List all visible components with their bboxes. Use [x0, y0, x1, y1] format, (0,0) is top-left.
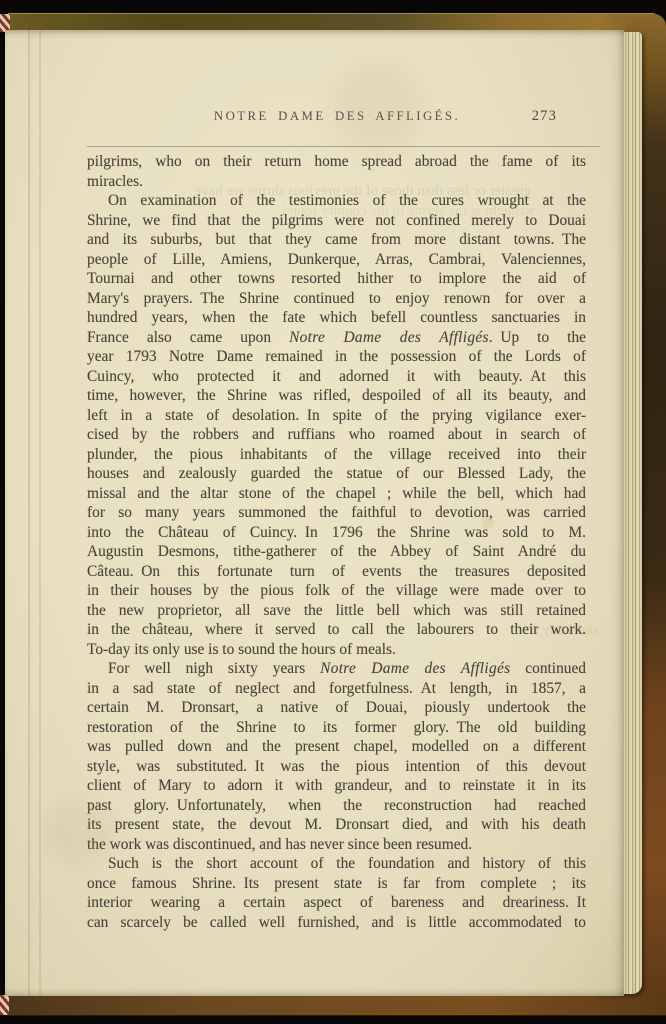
text-block: pilgrims, who on their return home sprea…	[87, 152, 586, 932]
page-number: 273	[532, 108, 557, 125]
book-photo: greater or less than those of the previo…	[0, 0, 666, 1024]
text-line: hundred years, when the fate which befel…	[87, 308, 586, 328]
running-header-title: NOTRE DAME DES AFFLIGÉS.	[87, 109, 587, 124]
text-line: Augustin Desmons, tithe-gatherer of the …	[87, 542, 586, 562]
text-line: can scarcely be called well furnished, a…	[87, 913, 586, 933]
text-line: miracles.	[87, 172, 586, 192]
text-line: past glory. Unfortunately, when the reco…	[87, 796, 586, 816]
book-page: greater or less than those of the previo…	[5, 30, 624, 996]
text-line: client of Mary to adorn it with grandeur…	[87, 776, 586, 796]
text-line: pilgrims, who on their return home sprea…	[87, 152, 586, 172]
text-line: For well nigh sixty years Notre Dame des…	[87, 659, 586, 679]
text-line: missal and the altar stone of the chapel…	[87, 484, 586, 504]
paragraph: Such is the short account of the foundat…	[87, 854, 586, 932]
text-line: left in a state of desolation. In spite …	[87, 406, 586, 426]
text-line: year 1793 Notre Dame remained in the pos…	[87, 347, 586, 367]
text-line: To-day its only use is to sound the hour…	[87, 640, 586, 660]
endband-bottom	[0, 995, 9, 1015]
text-line: plunder, the pious inhabitants of the vi…	[87, 445, 586, 465]
text-line: Mary's prayers. The Shrine continued to …	[87, 289, 586, 309]
text-line: its present state, the devout M. Dronsar…	[87, 815, 586, 835]
text-line: France also came upon Notre Dame des Aff…	[87, 328, 586, 348]
text-line: in their houses by the pious folk of the…	[87, 581, 586, 601]
text-line: and its suburbs, but that they came from…	[87, 230, 586, 250]
text-line: interior wearing a certain aspect of bar…	[87, 893, 586, 913]
running-header: NOTRE DAME DES AFFLIGÉS. 273	[87, 109, 587, 133]
text-line: once famous Shrine. Its present state is…	[87, 874, 586, 894]
header-rule	[87, 146, 600, 147]
text-line: Cuincy, who protected it and adorned it …	[87, 367, 586, 387]
text-line: the new proprietor, all save the little …	[87, 601, 586, 621]
text-line: for so many years summoned the faithful …	[87, 503, 586, 523]
text-line: people of Lille, Amiens, Dunkerque, Arra…	[87, 250, 586, 270]
paragraph: On examination of the testimonies of the…	[87, 191, 586, 659]
text-line: Shrine, we find that the pilgrims were n…	[87, 211, 586, 231]
paragraph: For well nigh sixty years Notre Dame des…	[87, 659, 586, 854]
text-line: cised by the robbers and ruffians who ro…	[87, 425, 586, 445]
text-line: was pulled down and the present chapel, …	[87, 737, 586, 757]
text-line: in the château, where it served to call …	[87, 620, 586, 640]
text-line: restoration of the Shrine to its former …	[87, 718, 586, 738]
text-line: Tournai and other towns resorted hither …	[87, 269, 586, 289]
text-line: Such is the short account of the foundat…	[87, 854, 586, 874]
text-line: houses and zealously guarded the statue …	[87, 464, 586, 484]
text-line: style, was substituted. It was the pious…	[87, 757, 586, 777]
text-line: certain M. Dronsart, a native of Douai, …	[87, 698, 586, 718]
text-line: in a sad state of neglect and forgetfuln…	[87, 679, 586, 699]
text-line: into the Château of Cuincy. In 1796 the …	[87, 523, 586, 543]
text-line: time, however, the Shrine was rifled, de…	[87, 386, 586, 406]
text-line: Câteau. On this fortunate turn of events…	[87, 562, 586, 582]
paragraph: pilgrims, who on their return home sprea…	[87, 152, 586, 191]
text-line: the work was discontinued, and has never…	[87, 835, 586, 855]
text-line: On examination of the testimonies of the…	[87, 191, 586, 211]
